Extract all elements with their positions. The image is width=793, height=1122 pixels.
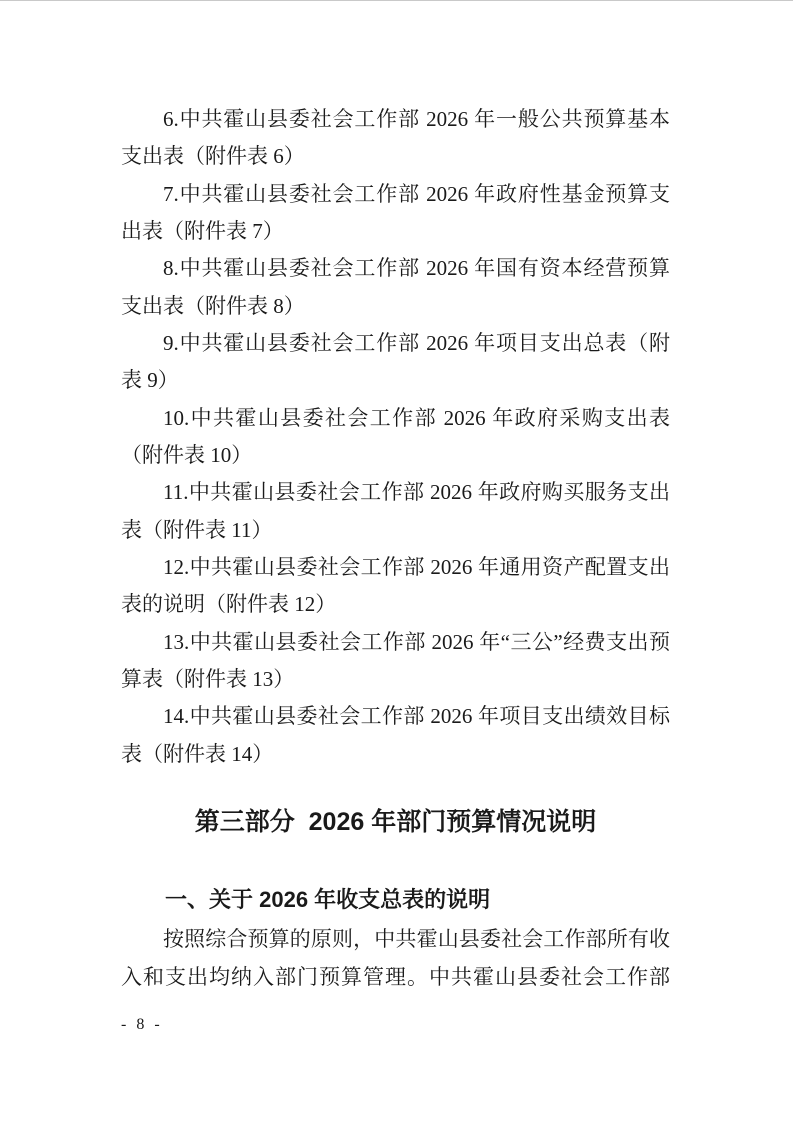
attachment-item-8-line1: 8.中共霍山县委社会工作部 2026 年国有资本经营预算 xyxy=(121,250,670,287)
scan-edge-line xyxy=(0,0,793,1)
paragraph-line2: 入和支出均纳入部门预算管理。中共霍山县委社会工作部 xyxy=(121,959,670,996)
attachment-item-7-line1: 7.中共霍山县委社会工作部 2026 年政府性基金预算支 xyxy=(121,176,670,213)
section-heading: 第三部分 2026 年部门预算情况说明 xyxy=(121,802,670,842)
attachment-item-14-line1: 14.中共霍山县委社会工作部 2026 年项目支出绩效目标 xyxy=(121,698,670,735)
attachment-item-10-line1: 10.中共霍山县委社会工作部 2026 年政府采购支出表 xyxy=(121,400,670,437)
attachment-item-6-line2: 支出表（附件表 6） xyxy=(121,138,670,175)
attachment-item-12-line2: 表的说明（附件表 12） xyxy=(121,586,670,623)
page-number: - 8 - xyxy=(121,1014,162,1036)
attachment-item-9-line2: 表 9） xyxy=(121,362,670,399)
attachment-item-13-line1: 13.中共霍山县委社会工作部 2026 年“三公”经费支出预 xyxy=(121,624,670,661)
page-content: 6.中共霍山县委社会工作部 2026 年一般公共预算基本 支出表（附件表 6） … xyxy=(121,101,670,996)
body-paragraph: 按照综合预算的原则，中共霍山县委社会工作部所有收 入和支出均纳入部门预算管理。中… xyxy=(121,921,670,996)
attachment-item-8-line2: 支出表（附件表 8） xyxy=(121,288,670,325)
attachment-item-11-line2: 表（附件表 11） xyxy=(121,512,670,549)
attachment-item-14-line2: 表（附件表 14） xyxy=(121,736,670,773)
attachment-item-12-line1: 12.中共霍山县委社会工作部 2026 年通用资产配置支出 xyxy=(121,549,670,586)
attachment-item-11-line1: 11.中共霍山县委社会工作部 2026 年政府购买服务支出 xyxy=(121,474,670,511)
attachment-item-6-line1: 6.中共霍山县委社会工作部 2026 年一般公共预算基本 xyxy=(121,101,670,138)
paragraph-line1: 按照综合预算的原则，中共霍山县委社会工作部所有收 xyxy=(121,921,670,958)
document-page: 6.中共霍山县委社会工作部 2026 年一般公共预算基本 支出表（附件表 6） … xyxy=(0,0,793,1122)
subsection-heading: 一、关于 2026 年收支总表的说明 xyxy=(121,881,670,918)
attachment-item-9-line1: 9.中共霍山县委社会工作部 2026 年项目支出总表（附件 xyxy=(121,325,670,362)
attachment-item-7-line2: 出表（附件表 7） xyxy=(121,213,670,250)
attachment-item-10-line2: （附件表 10） xyxy=(121,437,670,474)
attachment-item-13-line2: 算表（附件表 13） xyxy=(121,661,670,698)
